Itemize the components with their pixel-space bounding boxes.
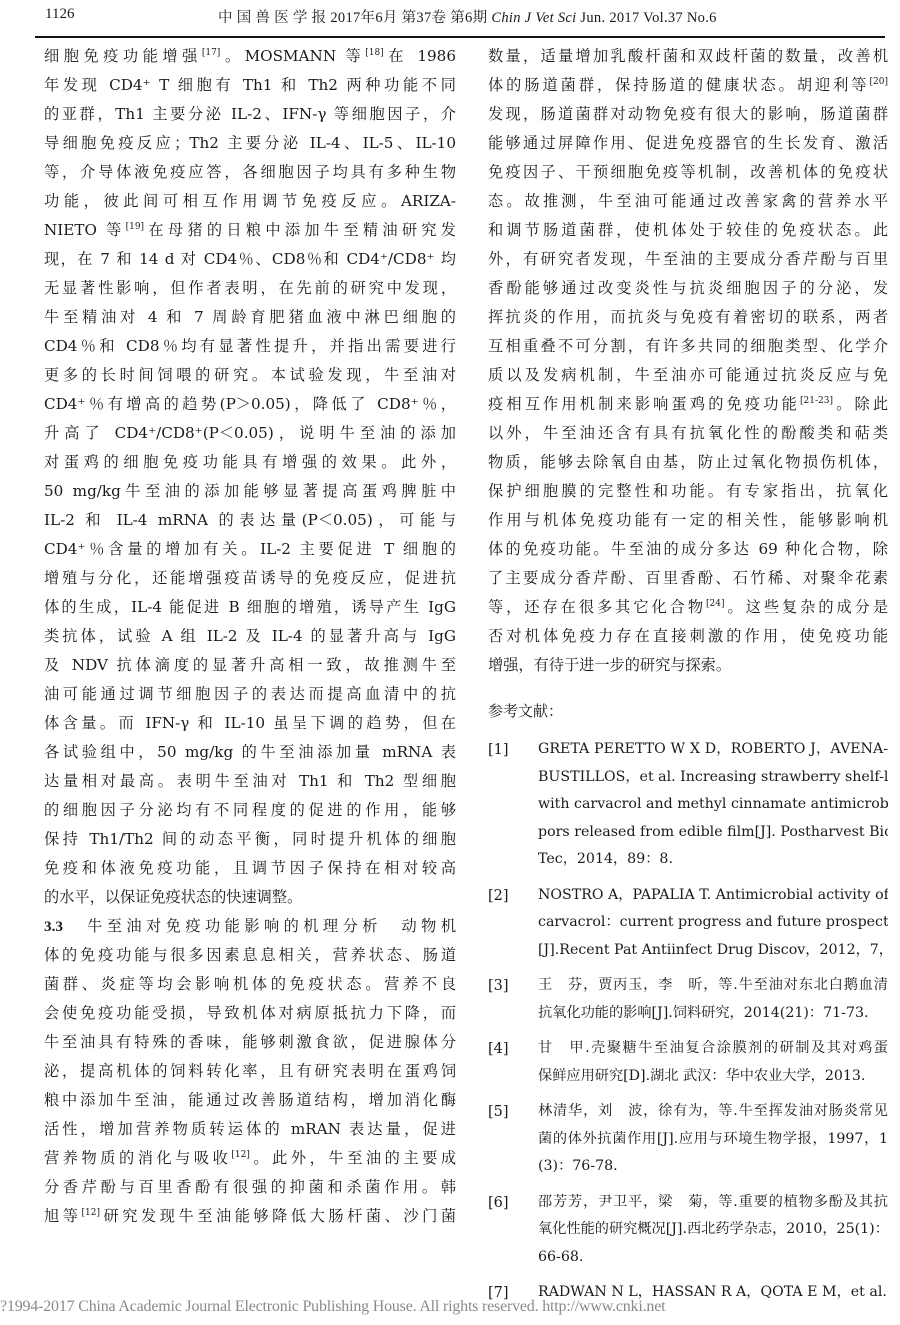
left-body-text: 细胞免疫功能增强[17]。MOSMANN 等[18]在 1986年发现 CD4⁺… xyxy=(44,42,456,912)
reference-number: [4] xyxy=(488,1035,509,1063)
text-line: 免疫和体液免疫功能，且调节因子保持在相对较高 xyxy=(44,854,456,883)
reference-number: [5] xyxy=(488,1098,509,1126)
reference-text: NOSTRO A，PAPALIA T. Antimicrobial activi… xyxy=(538,882,888,965)
text-line: 和调节肠道菌群，使机体处于较佳的免疫状态。此 xyxy=(488,216,888,245)
reference-line: 王 芬，贾丙玉，李 昕，等.牛至油对东北白鹅血清 xyxy=(538,972,888,1000)
text-line: 导细胞免疫反应；Th2 主要分泌 IL-4、IL-5、IL-10 xyxy=(44,129,456,158)
citation-marker: [19] xyxy=(126,222,144,232)
citation-marker: [18] xyxy=(365,48,383,58)
reference-line: 林清华，刘 波，徐有为，等.牛至挥发油对肠炎常见 xyxy=(538,1098,888,1126)
reference-line: (3)：76-78. xyxy=(538,1153,888,1181)
text-line: CD4％和 CD8％均有显著性提升，并指出需要进行 xyxy=(44,332,456,361)
text-line: 营养物质的消化与吸收[12]。此外，牛至油的主要成 xyxy=(44,1144,456,1173)
text-line: 泌，提高机体的饲料转化率，且有研究表明在蛋鸡饲 xyxy=(44,1057,456,1086)
text-line: 物质，能够去除氧自由基，防止过氧化物损伤机体， xyxy=(488,448,888,477)
text-line: NIETO 等[19]在母猪的日粮中添加牛至精油研究发 xyxy=(44,216,456,245)
text-line: 外，有研究者发现，牛至油的主要成分香芹酚与百里 xyxy=(488,245,888,274)
citation-marker: [24] xyxy=(706,599,724,609)
reference-line: 66-68. xyxy=(538,1244,888,1272)
text-line: CD4⁺％有增高的趋势(P＞0.05)，降低了 CD8⁺％， xyxy=(44,390,456,419)
text-line: 免疫因子、干预细胞免疫等机制，改善机体的免疫状 xyxy=(488,158,888,187)
citation-marker: [17] xyxy=(202,48,220,58)
text-line: 年发现 CD4⁺ T 细胞有 Th1 和 Th2 两种功能不同 xyxy=(44,71,456,100)
text-line: 了主要成分香芹酚、百里香酚、石竹稀、对聚伞花素 xyxy=(488,564,888,593)
text-line: 的细胞因子分泌均有不同程度的促进的作用，能够 xyxy=(44,796,456,825)
header-rule xyxy=(35,36,885,38)
text-line: 牛至精油对 4 和 7 周龄育肥猪血液中淋巴细胞的 xyxy=(44,303,456,332)
reference-item: [5]林清华，刘 波，徐有为，等.牛至挥发油对肠炎常见菌的体外抗菌作用[J].应… xyxy=(488,1098,888,1181)
reference-line: Tec，2014，89：8. xyxy=(538,846,888,874)
text-line: 作用与机体免疫功能有一定的相关性，能够影响机 xyxy=(488,506,888,535)
section-title: 牛至油对免疫功能影响的机理分析 xyxy=(87,917,382,935)
text-line: 挥抗炎的作用，而抗炎与免疫有着密切的联系，两者 xyxy=(488,303,888,332)
text-line: 等，介导体液免疫应答，各细胞因子均具有多种生物 xyxy=(44,158,456,187)
reference-text: 王 芬，贾丙玉，李 昕，等.牛至油对东北白鹅血清抗氧化功能的影响[J].饲料研究… xyxy=(538,972,888,1027)
page-number: 1126 xyxy=(45,6,74,23)
text-line: 以外，牛至油还含有具有抗氧化性的酚酸类和萜类 xyxy=(488,419,888,448)
text-line: 的水平，以保证免疫状态的快速调整。 xyxy=(44,883,456,912)
journal-citation: 中 国 兽 医 学 报 2017年6月 第37卷 第6期 Chin J Vet … xyxy=(218,6,717,27)
text-line: 的亚群，Th1 主要分泌 IL-2、IFN-γ 等细胞因子，介 xyxy=(44,100,456,129)
text-line: 粮中添加牛至油，能通过改善肠道结构，增加消化酶 xyxy=(44,1086,456,1115)
text-line: 数量，适量增加乳酸杆菌和双歧杆菌的数量，改善机 xyxy=(488,42,888,71)
text-line: 疫相互作用机制来影响蛋鸡的免疫功能[21-23]。除此 xyxy=(488,390,888,419)
citation-marker: [12] xyxy=(231,1150,249,1160)
reference-item: [4]甘 甲.壳聚糖牛至油复合涂膜剂的研制及其对鸡蛋保鲜应用研究[D].湖北 武… xyxy=(488,1035,888,1090)
section-first-words: 动物机 xyxy=(402,917,456,935)
reference-line: 邵芳芳，尹卫平，梁 菊，等.重要的植物多酚及其抗 xyxy=(538,1189,888,1217)
text-line: 保持 Th1/Th2 间的动态平衡，同时提升机体的细胞 xyxy=(44,825,456,854)
text-line: 态。故推测，牛至油可能通过改善家禽的营养水平 xyxy=(488,187,888,216)
right-body-text: 数量，适量增加乳酸杆菌和双歧杆菌的数量，改善机体的肠道菌群，保持肠道的健康状态。… xyxy=(488,42,888,680)
text-line: 否对机体免疫力存在直接刺激的作用，使免疫功能 xyxy=(488,622,888,651)
copyright-footer: ?1994-2017 China Academic Journal Electr… xyxy=(0,1298,900,1316)
reference-line: [J].Recent Pat Antiinfect Drug Discov，20… xyxy=(538,937,888,965)
text-line: 油可能通过调节细胞因子的表达而提高血清中的抗 xyxy=(44,680,456,709)
reference-item: [3]王 芬，贾丙玉，李 昕，等.牛至油对东北白鹅血清抗氧化功能的影响[J].饲… xyxy=(488,972,888,1027)
references-heading: 参考文献： xyxy=(488,700,563,721)
text-line: 菌群、炎症等均会影响机体的免疫状态。营养不良 xyxy=(44,970,456,999)
reference-line: GRETA PERETTO W X D，ROBERTO J，AVENA- xyxy=(538,736,888,764)
reference-text: 邵芳芳，尹卫平，梁 菊，等.重要的植物多酚及其抗氧化性能的研究概况[J].西北药… xyxy=(538,1189,888,1272)
reference-line: NOSTRO A，PAPALIA T. Antimicrobial activi… xyxy=(538,882,888,910)
text-line: 活性，增加营养物质转运体的 mRAN 表达量，促进 xyxy=(44,1115,456,1144)
text-line: 会使免疫功能受损，导致机体对病原抵抗力下降，而 xyxy=(44,999,456,1028)
text-line: 分香芹酚与百里香酚有很强的抑菌和杀菌作用。韩 xyxy=(44,1173,456,1202)
references-list: [1]GRETA PERETTO W X D，ROBERTO J，AVENA-B… xyxy=(488,736,888,1315)
reference-number: [3] xyxy=(488,972,509,1000)
left-column: 细胞免疫功能增强[17]。MOSMANN 等[18]在 1986年发现 CD4⁺… xyxy=(44,42,456,1231)
text-line: 50 mg/kg牛至油的添加能够显著提高蛋鸡脾脏中 xyxy=(44,477,456,506)
text-line: 旭等[12]研究发现牛至油能够降低大肠杆菌、沙门菌 xyxy=(44,1202,456,1231)
text-line: IL-2 和 IL-4 mRNA 的表达量(P＜0.05)，可能与 xyxy=(44,506,456,535)
text-line: 类抗体，试验 A 组 IL-2 及 IL-4 的显著升高与 IgG xyxy=(44,622,456,651)
text-line: 体的生成，IL-4 能促进 B 细胞的增殖，诱导产生 IgG xyxy=(44,593,456,622)
text-line: 保护细胞膜的完整性和功能。有专家指出，抗氧化 xyxy=(488,477,888,506)
text-line: 达量相对最高。表明牛至油对 Th1 和 Th2 型细胞 xyxy=(44,767,456,796)
reference-item: [1]GRETA PERETTO W X D，ROBERTO J，AVENA-B… xyxy=(488,736,888,874)
text-line: 互相重叠不可分割，有许多共同的细胞类型、化学介 xyxy=(488,332,888,361)
text-line: 牛至油具有特殊的香味，能够刺激食欲，促进腺体分 xyxy=(44,1028,456,1057)
text-line: 香酚能够通过改变炎性与抗炎细胞因子的分泌，发 xyxy=(488,274,888,303)
reference-line: 保鲜应用研究[D].湖北 武汉：华中农业大学，2013. xyxy=(538,1063,888,1091)
text-line: 各试验组中，50 mg/kg 的牛至油添加量 mRNA 表 xyxy=(44,738,456,767)
reference-number: [6] xyxy=(488,1189,509,1217)
reference-line: carvacrol：current progress and future pr… xyxy=(538,909,888,937)
text-line: 及 NDV 抗体滴度的显著升高相一致，故推测牛至 xyxy=(44,651,456,680)
text-line: 能够通过屏障作用、促进免疫器官的生长发育、激活 xyxy=(488,129,888,158)
text-line: 体的肠道菌群，保持肠道的健康状态。胡迎利等[20] xyxy=(488,71,888,100)
reference-line: BUSTILLOS，et al. Increasing strawberry s… xyxy=(538,764,888,792)
reference-line: 甘 甲.壳聚糖牛至油复合涂膜剂的研制及其对鸡蛋 xyxy=(538,1035,888,1063)
reference-line: with carvacrol and methyl cinnamate anti… xyxy=(538,791,888,819)
text-line: 增殖与分化，还能增强疫苗诱导的免疫反应，促进抗 xyxy=(44,564,456,593)
text-line: 对蛋鸡的细胞免疫功能具有增强的效果。此外， xyxy=(44,448,456,477)
section-heading: 3.3 牛至油对免疫功能影响的机理分析 动物机 xyxy=(44,912,456,941)
section-body-text: 体的免疫功能与很多因素息息相关，营养状态、肠道菌群、炎症等均会影响机体的免疫状态… xyxy=(44,941,456,1231)
text-line: 更多的长时间饲喂的研究。本试验发现，牛至油对 xyxy=(44,361,456,390)
reference-text: 甘 甲.壳聚糖牛至油复合涂膜剂的研制及其对鸡蛋保鲜应用研究[D].湖北 武汉：华… xyxy=(538,1035,888,1090)
reference-line: 抗氧化功能的影响[J].饲料研究，2014(21)：71-73. xyxy=(538,1000,888,1028)
text-line: 升高了 CD4⁺/CD8⁺(P＜0.05)，说明牛至油的添加 xyxy=(44,419,456,448)
text-line: 等，还存在很多其它化合物[24]。这些复杂的成分是 xyxy=(488,593,888,622)
right-column: 数量，适量增加乳酸杆菌和双歧杆菌的数量，改善机体的肠道菌群，保持肠道的健康状态。… xyxy=(488,42,888,680)
reference-number: [1] xyxy=(488,736,509,764)
text-line: 现，在 7 和 14 d 对 CD4％、CD8％和 CD4⁺/CD8⁺ 均 xyxy=(44,245,456,274)
text-line: 发现，肠道菌群对动物免疫有很大的影响，肠道菌群 xyxy=(488,100,888,129)
journal-issue: Jun. 2017 Vol.37 No.6 xyxy=(580,10,716,26)
reference-item: [6]邵芳芳，尹卫平，梁 菊，等.重要的植物多酚及其抗氧化性能的研究概况[J].… xyxy=(488,1189,888,1272)
journal-name-en: Chin J Vet Sci xyxy=(491,10,576,26)
text-line: 质以及发病机制，牛至油亦可能通过抗炎反应与免 xyxy=(488,361,888,390)
text-line: 细胞免疫功能增强[17]。MOSMANN 等[18]在 1986 xyxy=(44,42,456,71)
text-line: 功能，彼此间可相互作用调节免疫反应。ARIZA- xyxy=(44,187,456,216)
reference-text: GRETA PERETTO W X D，ROBERTO J，AVENA-BUST… xyxy=(538,736,888,874)
text-line: CD4⁺％含量的增加有关。IL-2 主要促进 T 细胞的 xyxy=(44,535,456,564)
reference-line: 菌的体外抗菌作用[J].应用与环境生物学报，1997，1 xyxy=(538,1126,888,1154)
text-line: 体的免疫功能与很多因素息息相关，营养状态、肠道 xyxy=(44,941,456,970)
citation-marker: [21-23] xyxy=(800,396,833,406)
running-header: 1126 中 国 兽 医 学 报 2017年6月 第37卷 第6期 Chin J… xyxy=(0,0,900,30)
text-line: 体的免疫功能。牛至油的成分多达 69 种化合物，除 xyxy=(488,535,888,564)
journal-name-cn: 中 国 兽 医 学 报 2017年6月 第37卷 第6期 xyxy=(218,10,487,26)
reference-number: [2] xyxy=(488,882,509,910)
reference-item: [2]NOSTRO A，PAPALIA T. Antimicrobial act… xyxy=(488,882,888,965)
reference-text: 林清华，刘 波，徐有为，等.牛至挥发油对肠炎常见菌的体外抗菌作用[J].应用与环… xyxy=(538,1098,888,1181)
citation-marker: [12] xyxy=(81,1208,99,1218)
section-number: 3.3 xyxy=(44,918,63,935)
reference-line: 氧化性能的研究概况[J].西北药学杂志，2010，25(1)： xyxy=(538,1216,888,1244)
text-line: 体含量。而 IFN-γ 和 IL-10 虽呈下调的趋势，但在 xyxy=(44,709,456,738)
reference-line: pors released from edible film[J]. Posth… xyxy=(538,819,888,847)
citation-marker: [20] xyxy=(870,77,888,87)
text-line: 无显著性影响，但作者表明，在先前的研究中发现， xyxy=(44,274,456,303)
text-line: 增强，有待于进一步的研究与探索。 xyxy=(488,651,888,680)
